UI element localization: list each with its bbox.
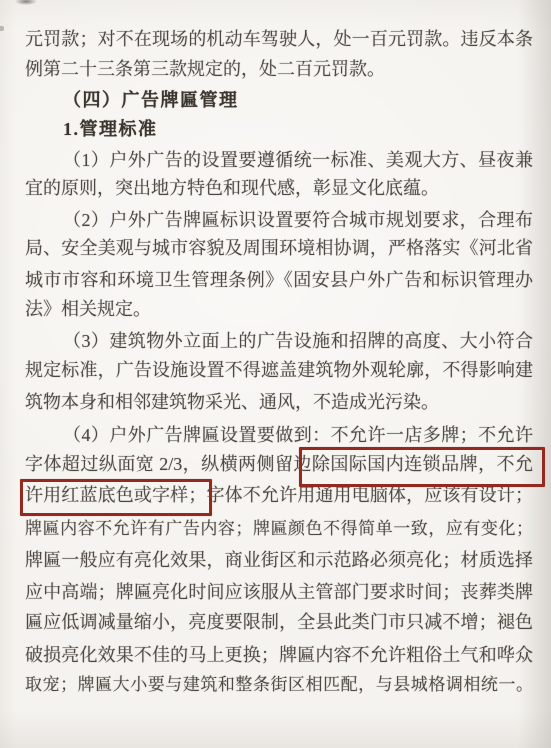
text-line: 筑物本身和相邻建筑物采光、通风，不造成光污染。 bbox=[25, 390, 533, 414]
text-line: 例第二十三条第三款规定的，处二百元罚款。 bbox=[25, 57, 533, 81]
annotation-red-box-2 bbox=[20, 479, 212, 516]
text-line: 宜的原则，突出地方特色和现代感，彰显文化底蕴。 bbox=[25, 176, 533, 200]
text-line: 取宠；牌匾大小要与建筑和整条街区相匹配，与县城格调相统一。 bbox=[25, 673, 533, 697]
section-heading: （四）广告牌匾管理 bbox=[25, 88, 533, 112]
annotation-red-box-1 bbox=[299, 447, 545, 487]
sub-heading: 1.管理标准 bbox=[25, 117, 533, 141]
text-line: 规定标准，广告设施设置不得遮盖建筑物外观轮廓，不得影响建 bbox=[25, 358, 533, 382]
text-line: 牌匾一般应有亮化效果，商业街区和示范路必须亮化；材质选择 bbox=[25, 548, 533, 572]
text-line: 元罚款；对不在现场的机动车驾驶人，处一百元罚款。违反本条 bbox=[25, 27, 533, 51]
text-line: （1）户外广告的设置要遵循统一标准、美观大方、昼夜兼 bbox=[25, 148, 533, 172]
text-line: （2）户外广告牌匾标识设置要符合城市规划要求，合理布 bbox=[25, 208, 533, 232]
text-line: 城市市容和环境卫生管理条例》《固安县户外广告和标识管理办 bbox=[25, 268, 533, 292]
text-line: 破损亮化效果不佳的马上更换；牌匾内容不允许粗俗土气和哗众 bbox=[25, 643, 533, 667]
text-line: 应中高端；牌匾亮化时间应该服从主管部门要求时间；丧葬类牌 bbox=[25, 580, 533, 604]
scanned-document-page: 元罚款；对不在现场的机动车驾驶人，处一百元罚款。违反本条 例第二十三条第三款规定… bbox=[0, 0, 551, 748]
scan-smudge-artifact bbox=[15, 0, 37, 5]
text-line: （4）户外广告牌匾设置要做到：不允许一店多牌；不允许 bbox=[25, 423, 533, 447]
text-line: 法》相关规定。 bbox=[25, 297, 533, 321]
text-line: 局、安全美观与城市容貌及周围环境相协调，严格落实《河北省 bbox=[25, 236, 533, 260]
text-line: 牌匾内容不允许有广告内容；牌匾颜色不得简单一致，应有变化； bbox=[25, 517, 533, 541]
text-line: （3）建筑物外立面上的广告设施和招牌的高度、大小符合 bbox=[25, 329, 533, 353]
text-line: 匾应低调减量缩小，亮度要限制，全县此类门市只减不增；褪色 bbox=[25, 610, 533, 634]
scan-edge-speck bbox=[0, 26, 4, 31]
